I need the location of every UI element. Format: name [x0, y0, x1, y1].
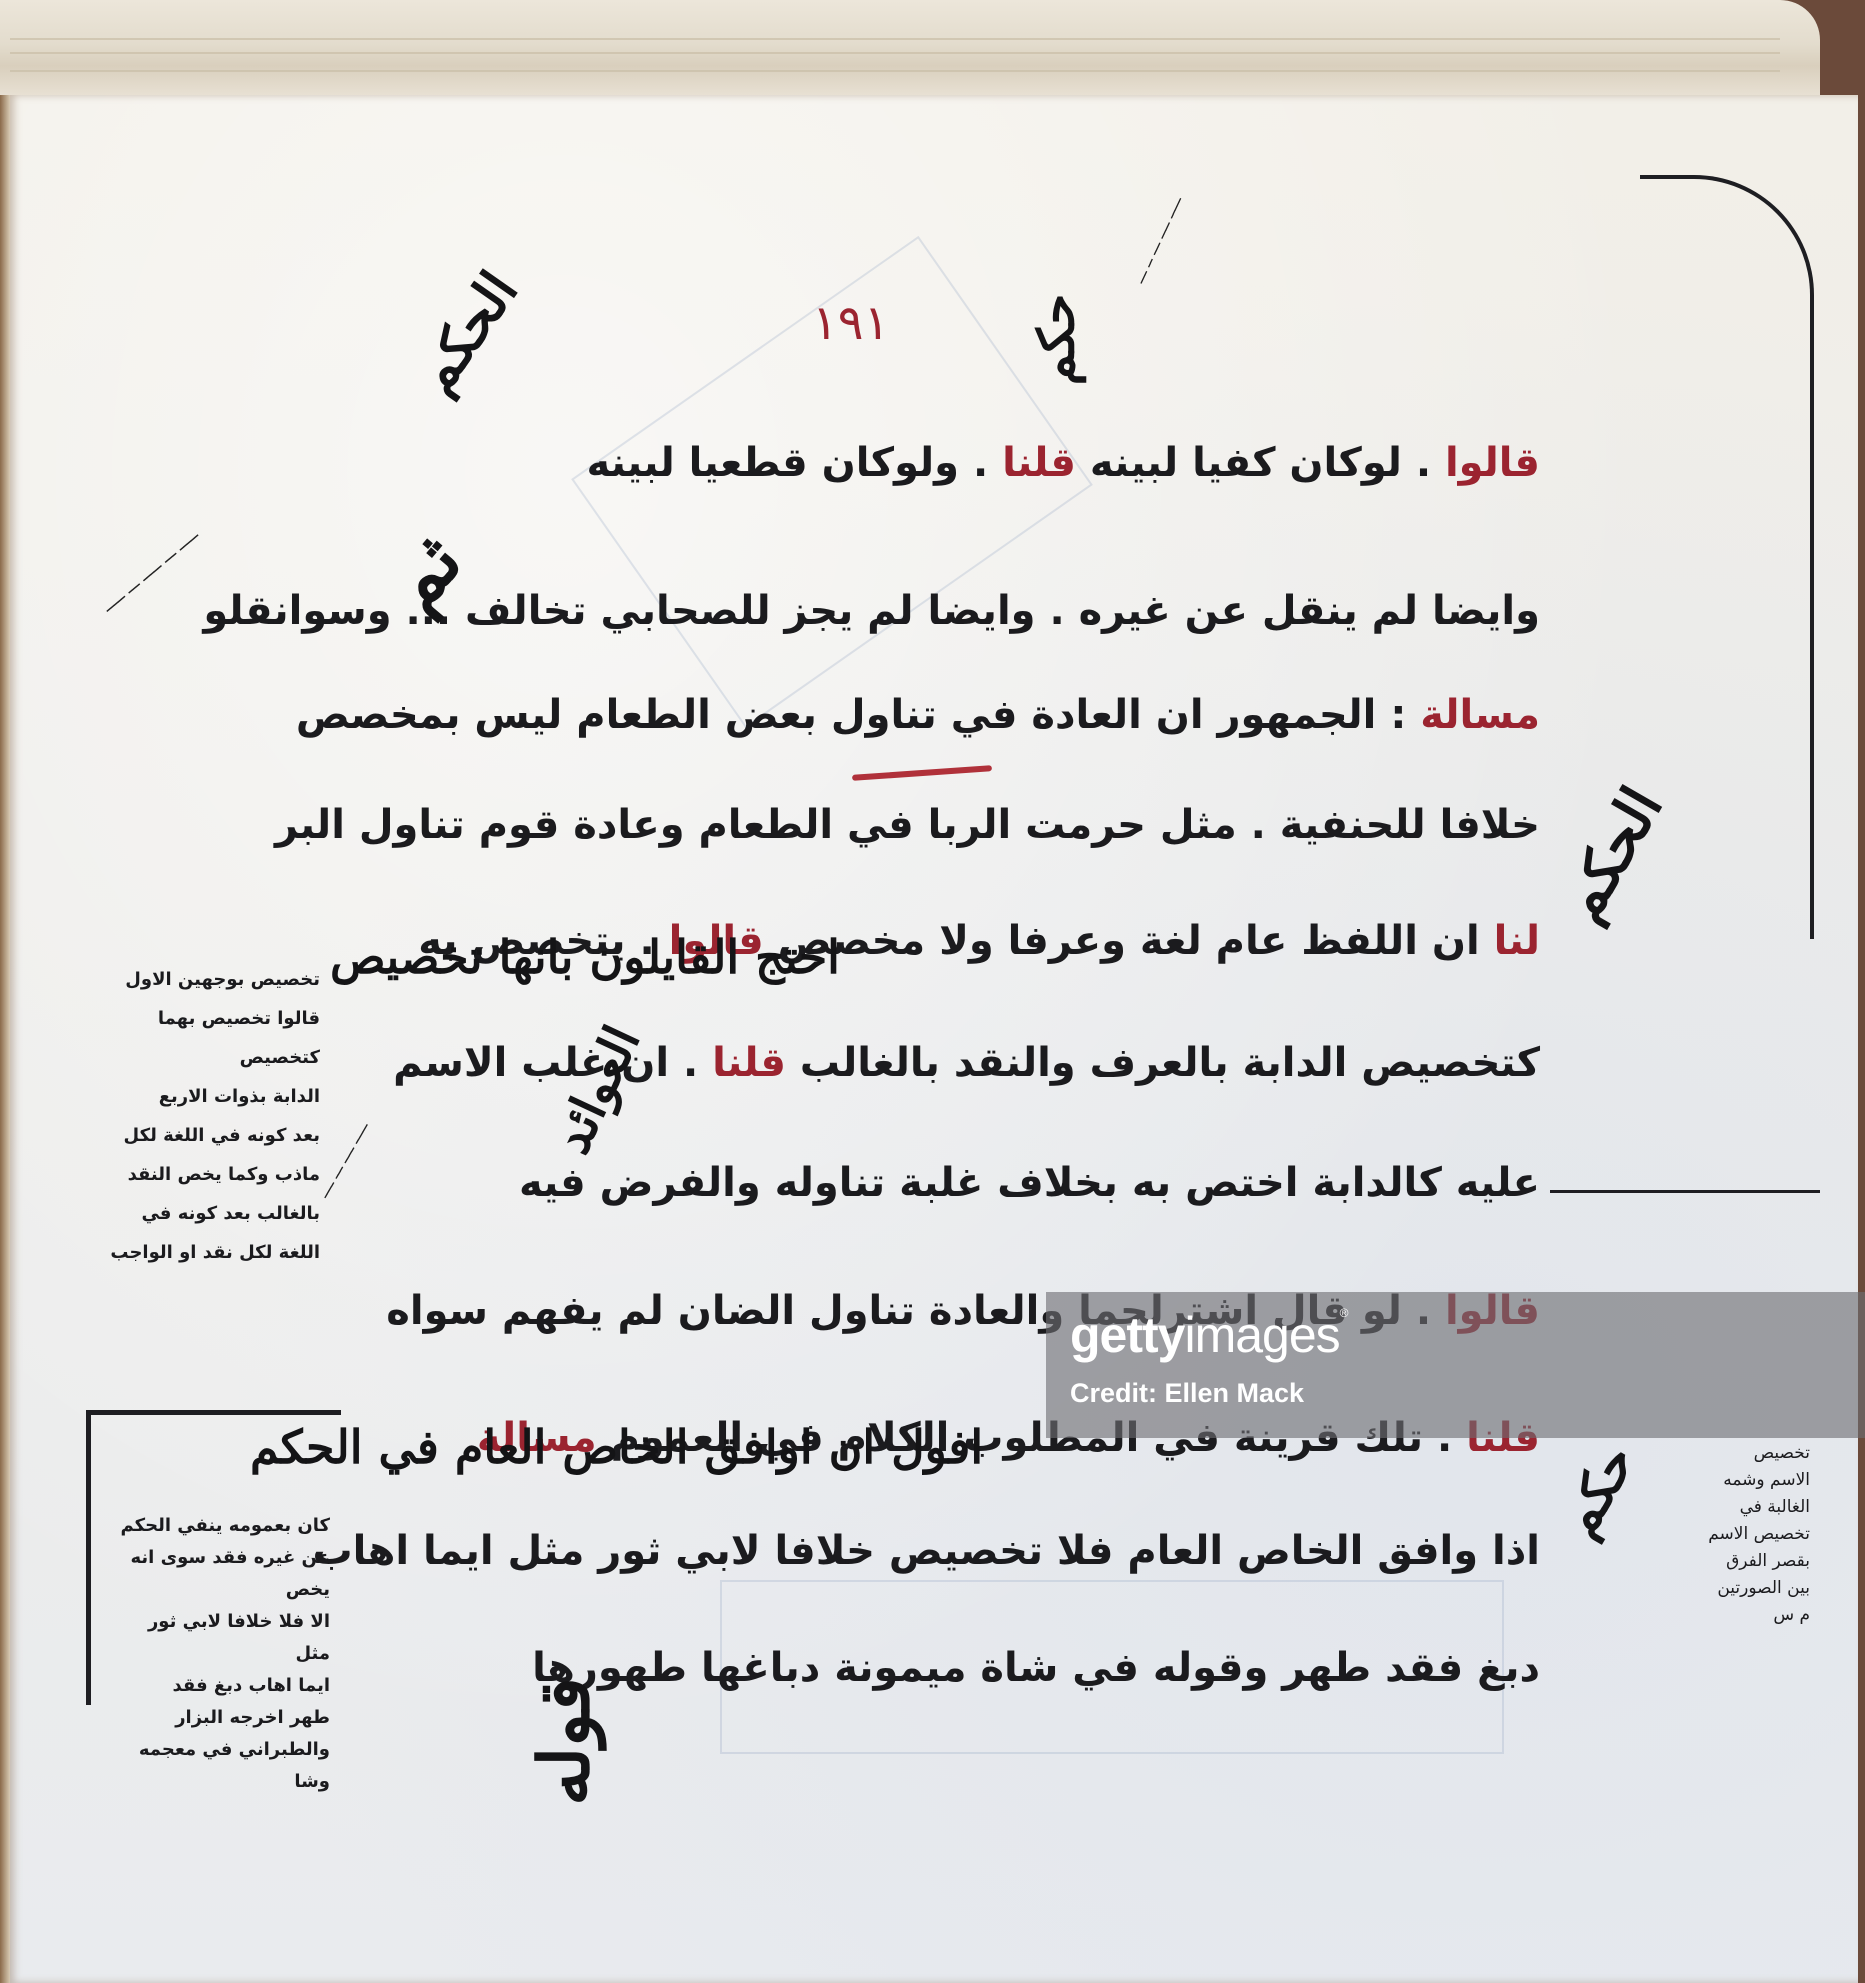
bottom-left-margin-note: كان بعمومه ينفي الحكم عن غيره فقد سوى ان… [110, 1510, 330, 1798]
text-span: كتخصيص الدابة بالعرف والنقد بالغالب [786, 1040, 1540, 1086]
text-span: . ان غلب الاسم [393, 1040, 712, 1086]
text-line: عليه كالدابة اختص به بخلاف غلبة تناوله و… [519, 1160, 1540, 1206]
note-line: بقصر الفرق [1700, 1548, 1810, 1575]
note-line: الاسم وشمه [1700, 1467, 1810, 1494]
page-edge-line [10, 52, 1780, 54]
marginal-heading: حكم [1026, 294, 1085, 386]
page-spine-edge [0, 95, 10, 1983]
left-margin-note: تخصيص بوجهين الاول قالوا تخصيص بهما كتخص… [110, 960, 320, 1272]
rubric-word: مسالة [1420, 692, 1540, 738]
note-line: تخصيص الاسم [1700, 1521, 1810, 1548]
text-span: . ولوكان قطعيا لبينه [586, 440, 1002, 486]
note-line: والطبراني في معجمه وشا [110, 1734, 330, 1798]
note-line: بعد كونه في اللغة لكل [110, 1116, 320, 1155]
watermark-brand-bold: getty [1070, 1307, 1184, 1363]
page-edge-line [10, 38, 1780, 40]
note-line: بين الصورتين [1700, 1575, 1810, 1602]
rubric-word: قالوا [1445, 440, 1540, 486]
folio-number: ١٩١ [812, 295, 889, 351]
text-span: . لوكان كفيا لبينه [1076, 440, 1445, 486]
text-span: : الجمهور ان العادة في تناول بعض الطعام … [296, 692, 1420, 738]
text-span: دبغ فقد طهر وقوله في شاة ميمونة دباغها ط… [532, 1645, 1540, 1691]
stock-photo-watermark: gettyimages® Credit: Ellen Mack [1046, 1292, 1865, 1438]
text-line: اذا وافق الخاص العام فلا تخصيص خلافا لاب… [312, 1528, 1540, 1574]
text-line: قالوا . لوكان كفيا لبينه قلنا . ولوكان ق… [586, 440, 1540, 486]
right-margin-note: تخصيص الاسم وشمه الغالبة في تخصيص الاسم … [1700, 1440, 1810, 1629]
note-line: قالوا تخصيص بهما كتخصيص [110, 999, 320, 1077]
text-line: كتخصيص الدابة بالعرف والنقد بالغالب قلنا… [393, 1040, 1540, 1086]
text-span: عليه كالدابة اختص به بخلاف غلبة تناوله و… [519, 1160, 1540, 1206]
text-line: خلافا للحنفية . مثل حرمت الربا في الطعام… [275, 802, 1540, 848]
note-line: عن غيره فقد سوى انه يخص [110, 1542, 330, 1606]
page-edge-line [10, 70, 1780, 72]
rubric-word: قلنا [1002, 440, 1076, 486]
note-line: م س [1700, 1602, 1810, 1629]
text-span: خلافا للحنفية . مثل حرمت الربا في الطعام… [275, 802, 1540, 848]
watermark-logo: gettyimages® [1070, 1306, 1348, 1364]
note-line: كان بعمومه ينفي الحكم [110, 1510, 330, 1542]
marginal-heading: احتج القايلون بانها تخصيص [330, 930, 840, 984]
text-span: اذا وافق الخاص العام فلا تخصيص خلافا لاب… [312, 1528, 1540, 1574]
watermark-credit: Credit: Ellen Mack [1070, 1378, 1304, 1409]
text-line: دبغ فقد طهر وقوله في شاة ميمونة دباغها ط… [532, 1645, 1540, 1691]
watermark-brand-light: images [1184, 1307, 1339, 1363]
rubric-word: لنا [1494, 918, 1540, 964]
text-line: مسالة : الجمهور ان العادة في تناول بعض ا… [296, 692, 1540, 738]
note-line: تخصيص بوجهين الاول [110, 960, 320, 999]
note-line: بالغالب بعد كونه في [110, 1194, 320, 1233]
registered-mark: ® [1340, 1306, 1348, 1320]
note-line: ايما اهاب دبغ فقد [110, 1670, 330, 1702]
note-line: الا فلا خلافا لابي ثور مثل [110, 1606, 330, 1670]
note-line: الدابة بذوات الاربع [110, 1077, 320, 1116]
note-line: تخصيص [1700, 1440, 1810, 1467]
marginal-heading: افول ان اوافق الخاص العام في الحكم [250, 1420, 983, 1474]
marginal-bracket [1640, 175, 1814, 939]
rubric-word: قلنا [712, 1040, 786, 1086]
note-line: الغالبة في [1700, 1494, 1810, 1521]
note-line: اللغة لكل نقد او الواجب [110, 1233, 320, 1272]
page-stack-edges [0, 0, 1820, 110]
note-line: ماذب وكما يخص النقد [110, 1155, 320, 1194]
marginal-rule [1550, 1190, 1820, 1194]
marginal-heading: قوله [523, 1677, 606, 1805]
text-span: ان اللفظ عام لغة وعرفا ولا مخصص [764, 918, 1494, 964]
note-line: طهر اخرجه البزار [110, 1702, 330, 1734]
